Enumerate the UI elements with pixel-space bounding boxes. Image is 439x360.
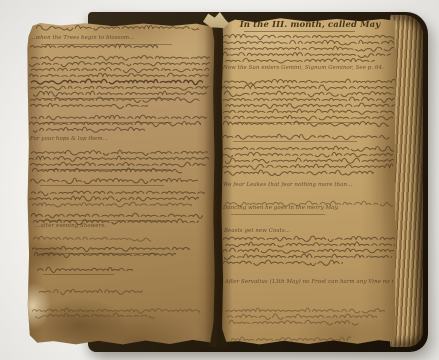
handwriting-line: Now the Sun enters Gemini, Signum Gemino… bbox=[223, 64, 391, 75]
handwriting-line bbox=[223, 118, 389, 129]
handwriting-line: We fear Leakes that fear nothing more th… bbox=[223, 181, 373, 192]
handwriting-line bbox=[223, 257, 343, 268]
right-page: In the III. month, called MayNow the Sun… bbox=[221, 17, 396, 345]
handwriting-line: …after evening Showers. bbox=[35, 222, 185, 233]
handwriting-line bbox=[229, 317, 359, 328]
handwriting-line bbox=[223, 131, 391, 142]
handwriting-line bbox=[30, 100, 148, 111]
right-page-handwriting: In the III. month, called MayNow the Sun… bbox=[221, 17, 396, 345]
photo-of-open-manuscript-book: …when the Trees begin to blossom…For you… bbox=[0, 0, 439, 360]
handwriting-line: After Servatius (13th May) no Frost can … bbox=[225, 278, 393, 289]
handwriting-line bbox=[37, 264, 133, 275]
handwriting-line bbox=[224, 167, 374, 178]
handwriting-line bbox=[30, 41, 158, 52]
handwriting-line bbox=[33, 124, 145, 135]
handwriting-line bbox=[30, 175, 198, 186]
handwriting-line bbox=[39, 286, 143, 297]
handwriting-line bbox=[35, 310, 155, 321]
handwriting-line bbox=[32, 199, 192, 210]
left-page-handwriting: …when the Trees begin to blossom…For you… bbox=[27, 22, 215, 345]
handwriting-line: For your hops & lop them… bbox=[30, 135, 163, 146]
handwriting-line bbox=[34, 249, 176, 260]
handwriting-line: Dancing when he goes in the merry May. bbox=[223, 204, 351, 215]
left-page: …when the Trees begin to blossom…For you… bbox=[27, 22, 215, 345]
